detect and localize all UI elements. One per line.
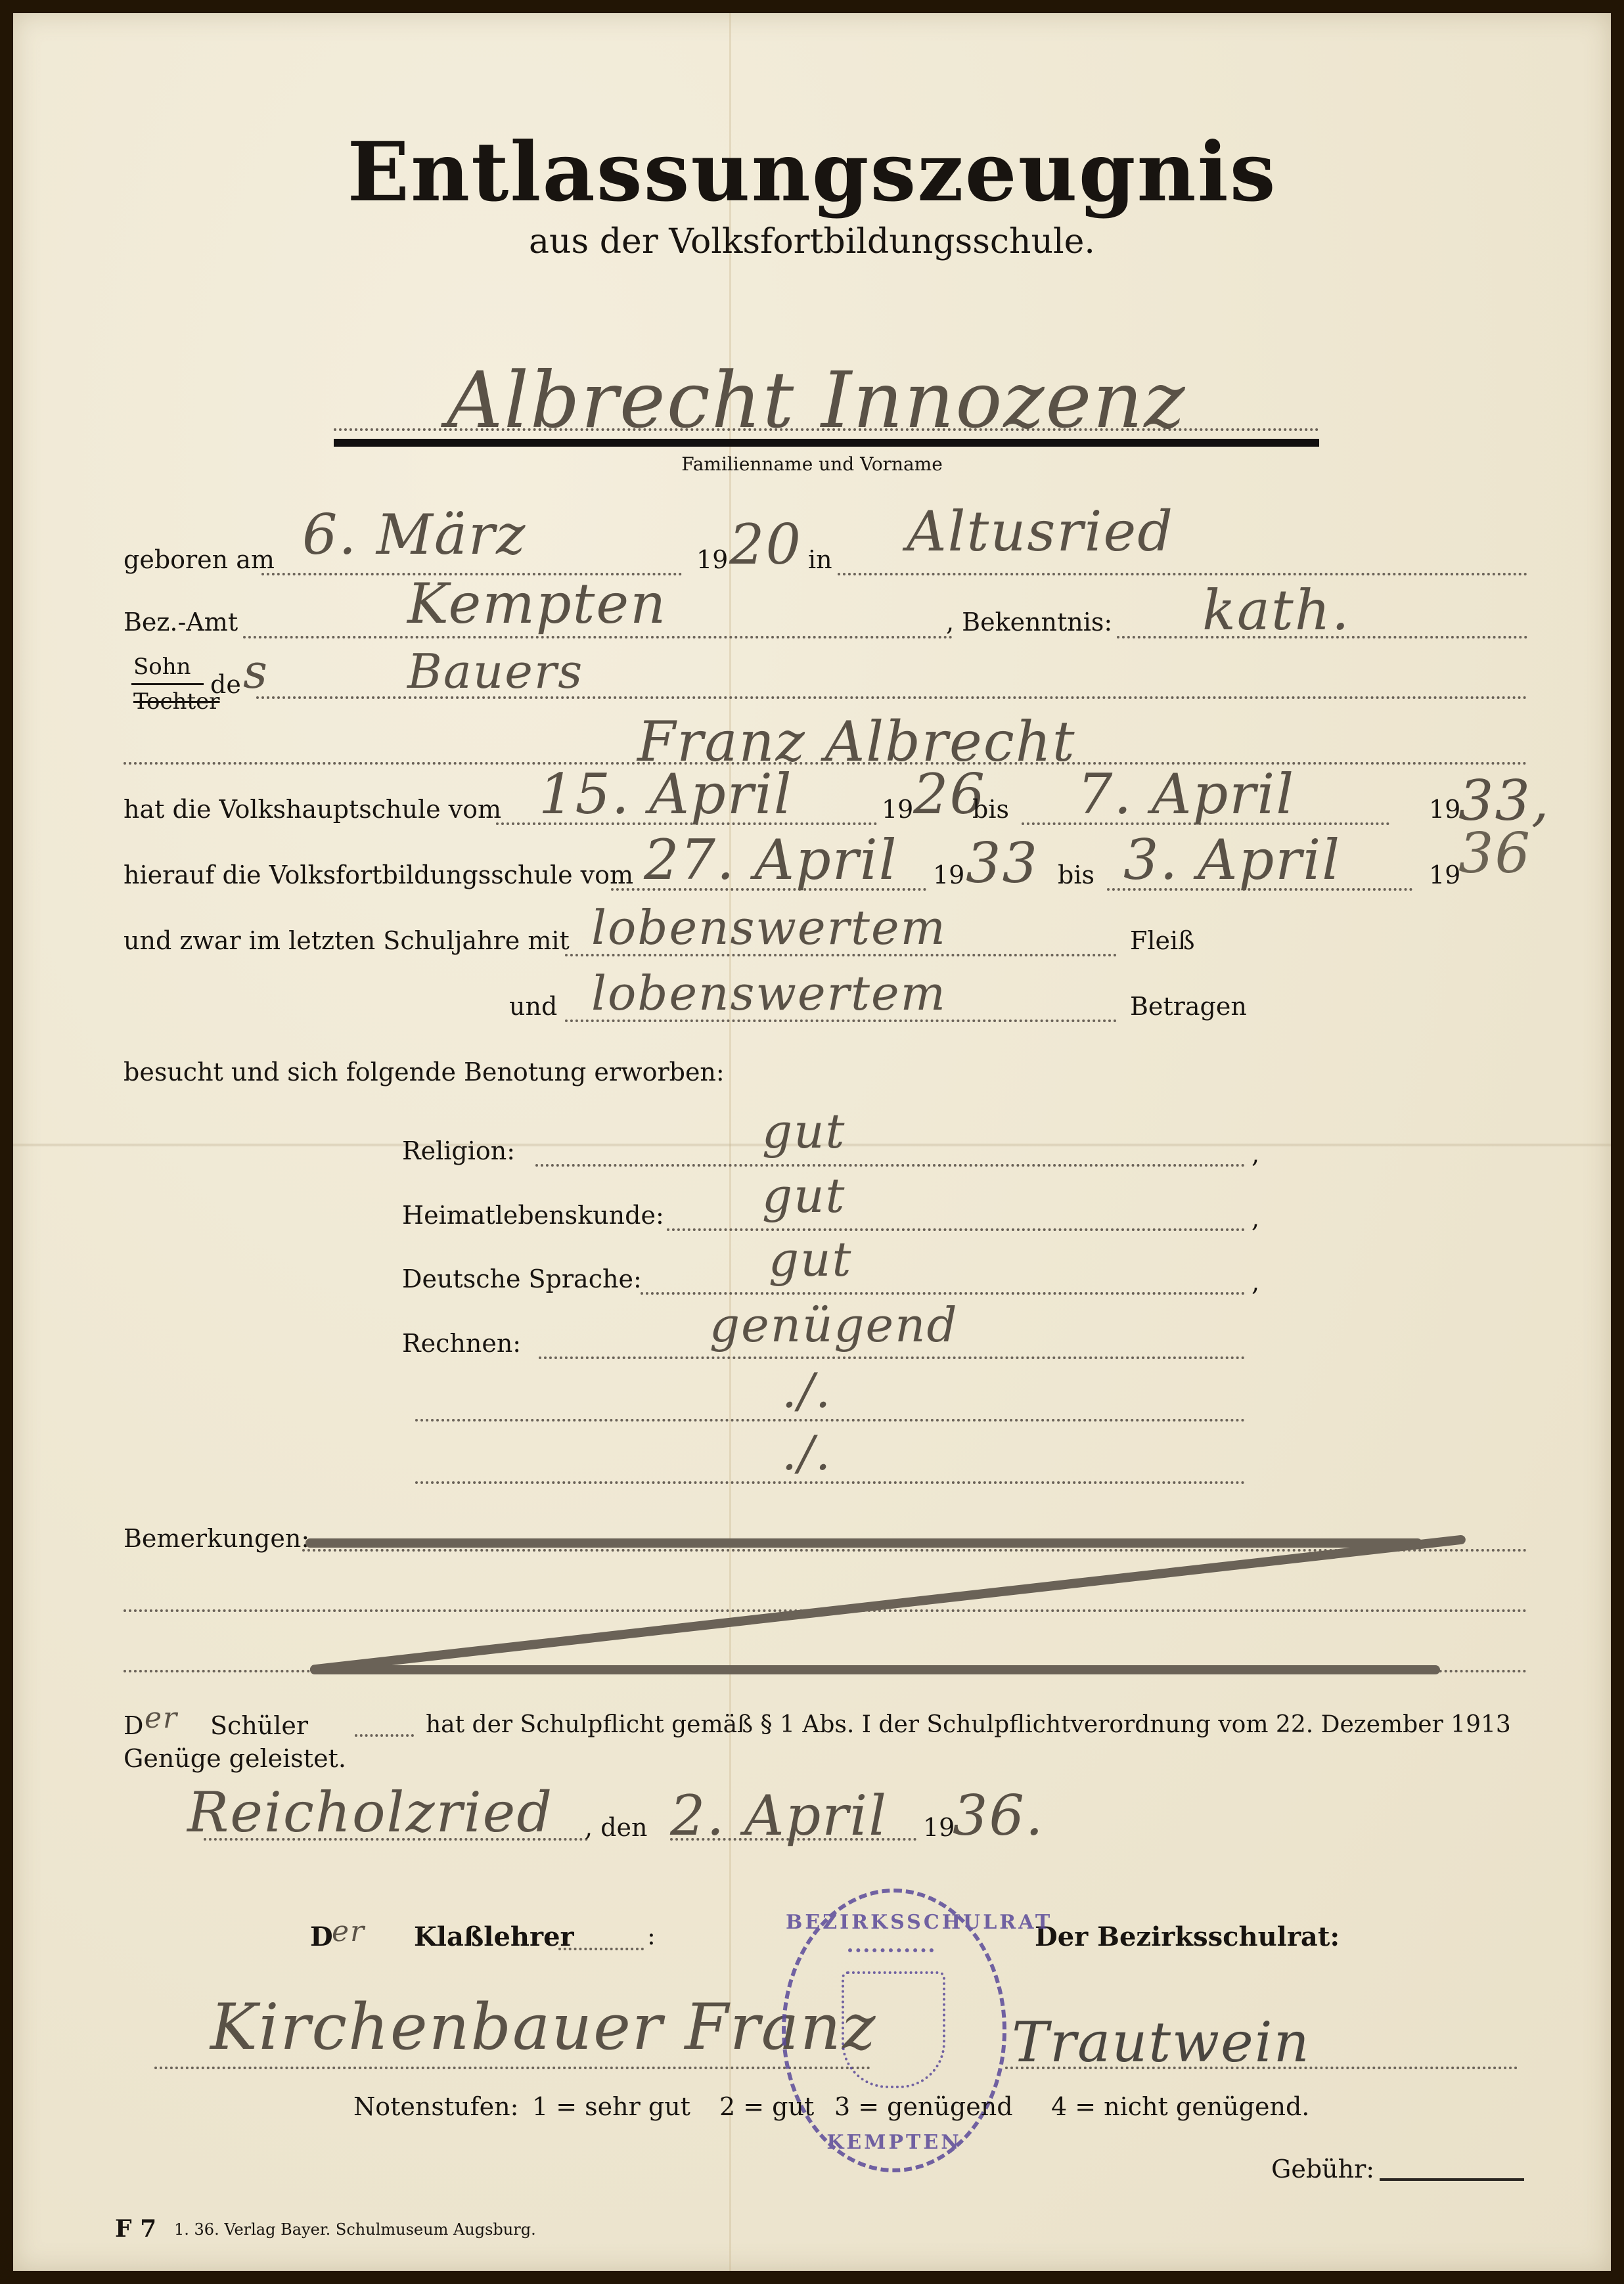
document-subtitle: aus der Volksfortbildungsschule. [13, 222, 1611, 261]
grade-value-extra-1[interactable]: ./. [782, 1363, 832, 1418]
fortbildungsschule-bis-label: bis [1058, 861, 1094, 889]
district-line [243, 636, 953, 638]
daughter-label-struck: Tochter [133, 688, 219, 715]
des-suffix[interactable]: s [243, 644, 269, 699]
stamp-top-text: BEZIRKSSCHULRAT [786, 1911, 1003, 1934]
compliance-handwritten-er[interactable]: er [145, 1701, 178, 1735]
grade-line-religion [535, 1164, 1245, 1167]
son-daughter-divider [131, 683, 204, 685]
birth-year-value[interactable]: 20 [729, 512, 802, 577]
paper-fold-vertical [729, 13, 731, 2271]
district-label: Bez.-Amt [124, 608, 238, 637]
conduct-intro-label: und zwar im letzten Schuljahre mit [124, 926, 570, 955]
diligence-value[interactable]: lobenswertem [591, 900, 947, 955]
stamp-bottom-text: KEMPTEN [786, 2131, 1003, 2154]
confession-value[interactable]: kath. [1202, 578, 1351, 642]
hauptschule-bis-label: bis [972, 795, 1009, 824]
teacher-label-prefix: D [310, 1921, 333, 1952]
fee-label: Gebühr: [1271, 2155, 1374, 2183]
council-label: Der Bezirksschulrat: [1035, 1921, 1340, 1952]
grade-value-heimatlebenskunde[interactable]: gut [762, 1168, 846, 1223]
issue-year-prefix: 19 [923, 1813, 955, 1842]
district-value[interactable]: Kempten [407, 571, 667, 636]
grading-level-1: 1 = sehr gut [532, 2092, 690, 2121]
hauptschule-from-date[interactable]: 15. April [539, 762, 793, 826]
grade-line-extra-2 [415, 1481, 1245, 1484]
teacher-signature[interactable]: Kirchenbauer Franz [210, 1990, 876, 2064]
issue-year-value[interactable]: 36. [953, 1783, 1045, 1848]
behavior-label: Betragen [1130, 992, 1247, 1021]
compliance-student: Schüler [210, 1711, 308, 1740]
grade-value-religion[interactable]: gut [762, 1104, 846, 1159]
grade-subject-heimatlebenskunde: Heimatlebenskunde: [402, 1201, 664, 1230]
grade-line-rechnen [539, 1356, 1245, 1359]
fortbildungsschule-to-year-prefix: 19 [1429, 861, 1460, 889]
name-label: Familienname und Vorname [13, 453, 1611, 475]
teacher-label-handwritten[interactable]: er [332, 1915, 365, 1948]
grade-subject-religion: Religion: [402, 1136, 515, 1165]
confession-label: , Bekenntnis: [946, 608, 1112, 637]
issue-place-value[interactable]: Reicholzried [187, 1780, 553, 1845]
hauptschule-to-date[interactable]: 7. April [1077, 762, 1295, 826]
grade-line-extra-1 [415, 1419, 1245, 1422]
form-code: F 7 [115, 2215, 156, 2243]
official-stamp: BEZIRKSSCHULRAT KEMPTEN [782, 1889, 1006, 2172]
in-label: in [808, 545, 832, 574]
grading-level-2: 2 = gut [719, 2092, 814, 2121]
und-label: und [509, 992, 557, 1021]
parent-occupation-value[interactable]: Bauers [407, 644, 583, 699]
grade-line-deutsch [641, 1292, 1245, 1295]
grade-line-heimatlebenskunde [667, 1228, 1245, 1231]
fortbildungsschule-label: hierauf die Volksfortbildungsschule vom [124, 861, 633, 889]
grades-intro: besucht und sich folgende Benotung erwor… [124, 1058, 725, 1086]
grading-level-3: 3 = genügend [834, 2092, 1013, 2121]
grade-value-deutsch[interactable]: gut [769, 1232, 852, 1287]
behavior-value[interactable]: lobenswertem [591, 966, 947, 1021]
grade-trail-heimatlebenskunde: , [1252, 1204, 1259, 1233]
diligence-label: Fleiß [1130, 926, 1195, 955]
hauptschule-to-year-prefix: 19 [1429, 795, 1460, 824]
remarks-label: Bemerkungen: [124, 1524, 309, 1553]
issue-date-value[interactable]: 2. April [670, 1783, 888, 1848]
grading-scale-label: Notenstufen: [353, 2092, 518, 2121]
compliance-text-line1: hat der Schulpflicht gemäß § 1 Abs. I de… [426, 1711, 1511, 1738]
teacher-label-colon: : [647, 1921, 656, 1950]
fortbildungsschule-from-year[interactable]: 33 [966, 831, 1039, 895]
hauptschule-from-year-prefix: 19 [882, 795, 913, 824]
grade-subject-rechnen: Rechnen: [402, 1329, 521, 1358]
fortbildungsschule-to-year[interactable]: 36 [1458, 821, 1531, 885]
grade-subject-deutsch: Deutsche Sprache: [402, 1265, 642, 1293]
compliance-prefix: D [124, 1711, 143, 1740]
born-label: geboren am [124, 545, 275, 574]
fortbildungsschule-from-date[interactable]: 27. April [644, 828, 898, 892]
teacher-signature-line [154, 2067, 870, 2069]
fee-line [1380, 2178, 1524, 2181]
fortbildungsschule-to-date[interactable]: 3. April [1123, 828, 1341, 892]
grading-level-4: 4 = nicht genügend. [1051, 2092, 1309, 2121]
grade-value-rechnen[interactable]: genügend [710, 1297, 959, 1353]
des-label: de [210, 670, 241, 699]
birth-place-value[interactable]: Altusried [907, 499, 1174, 564]
teacher-label: Klaßlehrer [414, 1921, 574, 1952]
document-title: Entlassungszeugnis [13, 125, 1611, 220]
son-label: Sohn [133, 654, 191, 680]
birth-date-value[interactable]: 6. März [302, 503, 526, 567]
stamp-coat-of-arms-icon [842, 1971, 945, 2088]
grade-trail-deutsch: , [1252, 1268, 1259, 1297]
name-rule [334, 439, 1319, 447]
birth-place-line [838, 573, 1527, 575]
grade-value-extra-2[interactable]: ./. [782, 1425, 832, 1481]
publisher-line: 1. 36. Verlag Bayer. Schulmuseum Augsbur… [174, 2220, 536, 2239]
council-signature[interactable]: Trautwein [1012, 2010, 1311, 2074]
teacher-label-line [558, 1948, 644, 1950]
compliance-text-line2: Genüge geleistet. [124, 1744, 346, 1773]
compliance-gap-line [355, 1734, 414, 1737]
issue-den-label: , den [585, 1813, 647, 1842]
fortbildungsschule-from-year-prefix: 19 [933, 861, 964, 889]
certificate-paper: Entlassungszeugnis aus der Volksfortbild… [13, 13, 1611, 2271]
grade-trail-religion: , [1252, 1140, 1259, 1169]
hauptschule-label: hat die Volkshauptschule vom [124, 795, 501, 824]
name-value[interactable]: Albrecht Innozenz [447, 355, 1186, 445]
birth-year-prefix: 19 [696, 545, 728, 574]
